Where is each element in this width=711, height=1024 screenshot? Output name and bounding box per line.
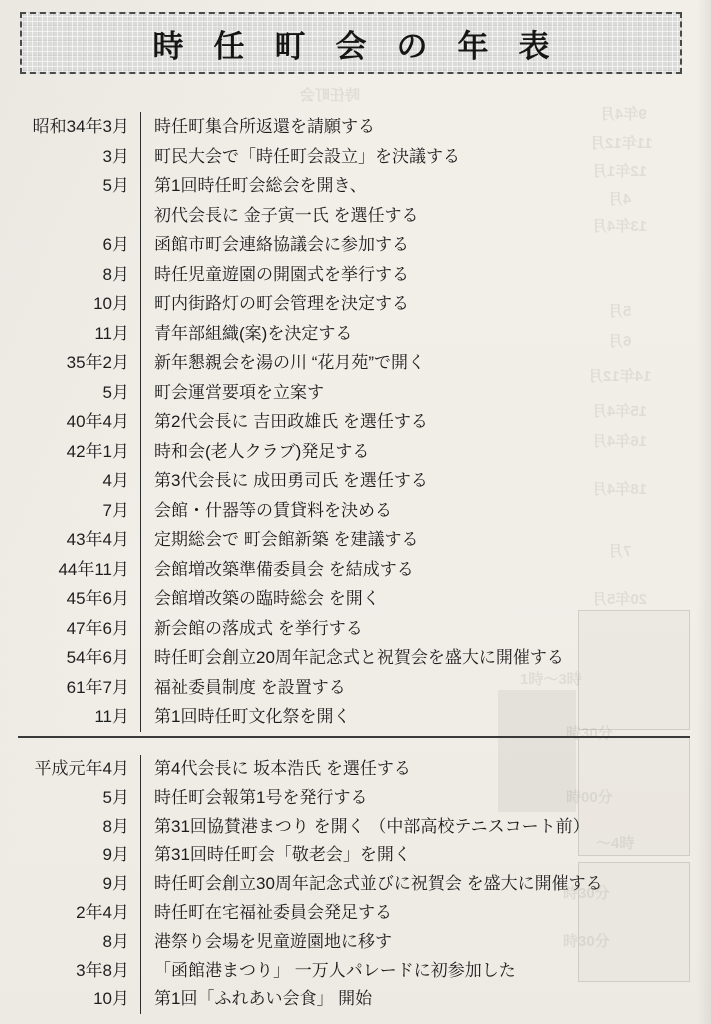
timeline-date: 4月 bbox=[28, 466, 140, 496]
timeline-row: 42年1月時和会(老人クラブ)発足する bbox=[28, 437, 688, 467]
timeline-row: 7月会館・什器等の賃貸料を決める bbox=[28, 496, 688, 526]
timeline-event: 時和会(老人クラブ)発足する bbox=[140, 437, 688, 467]
timeline-date: 7月 bbox=[28, 496, 140, 526]
timeline-event: 第1回「ふれあい会食」 開始 bbox=[140, 985, 688, 1014]
timeline-date: 40年4月 bbox=[28, 407, 140, 437]
timeline-event: 会館増改築準備委員会 を結成する bbox=[140, 555, 688, 585]
timeline-event: 第3代会長に 成田勇司氏 を選任する bbox=[140, 466, 688, 496]
timeline-event: 時任町会創立20周年記念式と祝賀会を盛大に開催する bbox=[140, 643, 688, 673]
timeline-row: 平成元年4月第4代会長に 坂本浩氏 を選任する bbox=[28, 755, 688, 784]
timeline-date: 44年11月 bbox=[28, 555, 140, 585]
title-banner: 時任町会の年表 bbox=[20, 12, 682, 74]
timeline-event: 町内街路灯の町会管理を決定する bbox=[140, 289, 688, 319]
timeline-date: 5月 bbox=[28, 784, 140, 813]
timeline-row: 10月第1回「ふれあい会食」 開始 bbox=[28, 985, 688, 1014]
timeline-event: 会館増改築の臨時総会 を開く bbox=[140, 584, 688, 614]
timeline-event: 時任児童遊園の開園式を挙行する bbox=[140, 260, 688, 290]
timeline-date: 6月 bbox=[28, 230, 140, 260]
timeline-row: 8月時任児童遊園の開園式を挙行する bbox=[28, 260, 688, 290]
page-title: 時任町会の年表 bbox=[123, 21, 580, 66]
timeline-event: 港祭り会場を児童遊園地に移す bbox=[140, 928, 688, 957]
timeline-date: 3月 bbox=[28, 142, 140, 172]
timeline-row: 初代会長に 金子寅一氏 を選任する bbox=[28, 201, 688, 231]
timeline-date: 8月 bbox=[28, 928, 140, 957]
timeline-date: 2年4月 bbox=[28, 899, 140, 928]
timeline-section-heisei: 平成元年4月第4代会長に 坂本浩氏 を選任する5月時任町会報第1号を発行する8月… bbox=[28, 755, 688, 1014]
timeline-row: 5月時任町会報第1号を発行する bbox=[28, 784, 688, 813]
timeline-row: 43年4月定期総会で 町会館新築 を建議する bbox=[28, 525, 688, 555]
timeline-row: 61年7月福祉委員制度 を設置する bbox=[28, 673, 688, 703]
timeline-date: 昭和34年3月 bbox=[28, 112, 140, 142]
timeline-row: 5月第1回時任町会総会を開き、 bbox=[28, 171, 688, 201]
timeline-date: 5月 bbox=[28, 171, 140, 201]
timeline-row: 6月函館市町会連絡協議会に参加する bbox=[28, 230, 688, 260]
timeline-row: 3月町民大会で「時任町会設立」を決議する bbox=[28, 142, 688, 172]
timeline-event: 福祉委員制度 を設置する bbox=[140, 673, 688, 703]
timeline-event: 会館・什器等の賃貸料を決める bbox=[140, 496, 688, 526]
timeline-event: 新年懇親会を湯の川 “花月苑”で開く bbox=[140, 348, 688, 378]
timeline-date: 54年6月 bbox=[28, 643, 140, 673]
timeline-date: 9月 bbox=[28, 870, 140, 899]
timeline-event: 初代会長に 金子寅一氏 を選任する bbox=[140, 201, 688, 231]
timeline-row: 2年4月時任町在宅福祉委員会発足する bbox=[28, 899, 688, 928]
timeline-row: 9月第31回時任町会「敬老会」を開く bbox=[28, 841, 688, 870]
timeline-date: 61年7月 bbox=[28, 673, 140, 703]
bleedthrough-text: 時任町会 bbox=[300, 84, 360, 105]
timeline-event: 第2代会長に 吉田政雄氏 を選任する bbox=[140, 407, 688, 437]
timeline-event: 時任町集合所返還を請願する bbox=[140, 112, 688, 142]
timeline-row: 11月第1回時任町文化祭を開く bbox=[28, 702, 688, 732]
timeline-event: 新会館の落成式 を挙行する bbox=[140, 614, 688, 644]
timeline-row: 3年8月「函館港まつり」 一万人パレードに初参加した bbox=[28, 957, 688, 986]
timeline-event: 定期総会で 町会館新築 を建議する bbox=[140, 525, 688, 555]
timeline-row: 昭和34年3月時任町集合所返還を請願する bbox=[28, 112, 688, 142]
timeline-date: 9月 bbox=[28, 841, 140, 870]
timeline-row: 40年4月第2代会長に 吉田政雄氏 を選任する bbox=[28, 407, 688, 437]
timeline-date: 47年6月 bbox=[28, 614, 140, 644]
timeline-date: 8月 bbox=[28, 260, 140, 290]
timeline-event: 函館市町会連絡協議会に参加する bbox=[140, 230, 688, 260]
timeline-date: 43年4月 bbox=[28, 525, 140, 555]
timeline-date: 10月 bbox=[28, 289, 140, 319]
timeline-event: 時任町会報第1号を発行する bbox=[140, 784, 688, 813]
timeline-event: 第1回時任町文化祭を開く bbox=[140, 702, 688, 732]
timeline-row: 9月時任町会創立30周年記念式並びに祝賀会 を盛大に開催する bbox=[28, 870, 688, 899]
timeline-row: 11月青年部組織(案)を決定する bbox=[28, 319, 688, 349]
timeline-event: 第4代会長に 坂本浩氏 を選任する bbox=[140, 755, 688, 784]
timeline-row: 54年6月時任町会創立20周年記念式と祝賀会を盛大に開催する bbox=[28, 643, 688, 673]
timeline-date: 35年2月 bbox=[28, 348, 140, 378]
timeline-row: 44年11月会館増改築準備委員会 を結成する bbox=[28, 555, 688, 585]
timeline-row: 35年2月新年懇親会を湯の川 “花月苑”で開く bbox=[28, 348, 688, 378]
section-divider bbox=[18, 736, 690, 738]
timeline-date: 5月 bbox=[28, 378, 140, 408]
timeline-event: 第1回時任町会総会を開き、 bbox=[140, 171, 688, 201]
timeline-date: 42年1月 bbox=[28, 437, 140, 467]
timeline-event: 第31回時任町会「敬老会」を開く bbox=[140, 841, 688, 870]
timeline-event: 青年部組織(案)を決定する bbox=[140, 319, 688, 349]
timeline-date: 平成元年4月 bbox=[28, 755, 140, 784]
timeline-date: 8月 bbox=[28, 813, 140, 842]
timeline-event: 時任町在宅福祉委員会発足する bbox=[140, 899, 688, 928]
timeline-row: 5月町会運営要項を立案す bbox=[28, 378, 688, 408]
timeline-event: 「函館港まつり」 一万人パレードに初参加した bbox=[140, 957, 688, 986]
timeline-event: 第31回協賛港まつり を開く （中部高校テニスコート前） bbox=[140, 813, 688, 842]
timeline-section-showa: 昭和34年3月時任町集合所返還を請願する3月町民大会で「時任町会設立」を決議する… bbox=[28, 112, 688, 732]
timeline-row: 45年6月会館増改築の臨時総会 を開く bbox=[28, 584, 688, 614]
timeline-row: 8月第31回協賛港まつり を開く （中部高校テニスコート前） bbox=[28, 813, 688, 842]
timeline-event: 時任町会創立30周年記念式並びに祝賀会 を盛大に開催する bbox=[140, 870, 688, 899]
timeline-row: 4月第3代会長に 成田勇司氏 を選任する bbox=[28, 466, 688, 496]
timeline-date: 10月 bbox=[28, 985, 140, 1014]
timeline-row: 47年6月新会館の落成式 を挙行する bbox=[28, 614, 688, 644]
timeline-event: 町会運営要項を立案す bbox=[140, 378, 688, 408]
scanned-document-page: 9年4月11年12月12年1月4月13年4月5月6月14年12月15年4月16年… bbox=[0, 0, 711, 1024]
timeline-date: 11月 bbox=[28, 319, 140, 349]
timeline-row: 10月町内街路灯の町会管理を決定する bbox=[28, 289, 688, 319]
timeline-event: 町民大会で「時任町会設立」を決議する bbox=[140, 142, 688, 172]
timeline-row: 8月港祭り会場を児童遊園地に移す bbox=[28, 928, 688, 957]
timeline-date: 11月 bbox=[28, 702, 140, 732]
timeline-date: 45年6月 bbox=[28, 584, 140, 614]
timeline-date: 3年8月 bbox=[28, 957, 140, 986]
